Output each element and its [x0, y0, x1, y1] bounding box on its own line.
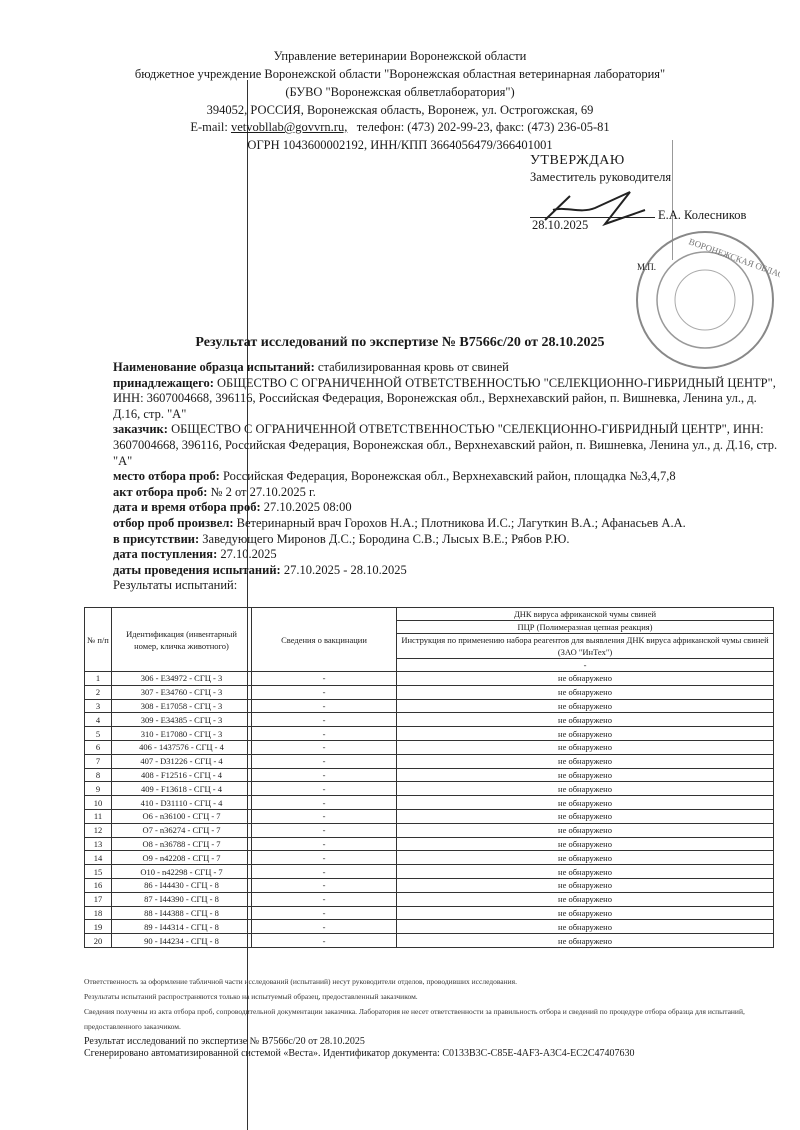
cell-n: 19	[85, 920, 112, 934]
cell-vac: -	[252, 865, 397, 879]
table-row: 1306 - E34972 - СГЦ - 3-не обнаружено	[85, 672, 774, 686]
cell-vac: -	[252, 934, 397, 948]
cell-vac: -	[252, 906, 397, 920]
cell-n: 14	[85, 851, 112, 865]
table-row: 12O7 - n36274 - СГЦ - 7-не обнаружено	[85, 823, 774, 837]
info-line: даты проведения испытаний: 27.10.2025 - …	[113, 563, 783, 579]
cell-vac: -	[252, 892, 397, 906]
table-row: 13O8 - n36788 - СГЦ - 7-не обнаружено	[85, 837, 774, 851]
org-parent: Управление ветеринарии Воронежской облас…	[0, 47, 800, 65]
cell-id: 307 - E34760 - СГЦ - 3	[112, 685, 252, 699]
cell-vac: -	[252, 796, 397, 810]
info-value: Ветеринарный врач Горохов Н.А.; Плотнико…	[234, 516, 686, 530]
cell-id: 408 - F12516 - СГЦ - 4	[112, 768, 252, 782]
cell-vac: -	[252, 823, 397, 837]
cell-res: не обнаружено	[397, 823, 774, 837]
table-row: 1787 - I44390 - СГЦ - 8-не обнаружено	[85, 892, 774, 906]
table-row: 3308 - E17058 - СГЦ - 3-не обнаружено	[85, 699, 774, 713]
col-test-instruction: Инструкция по применению набора реагенто…	[397, 634, 774, 659]
cell-n: 20	[85, 934, 112, 948]
table-row: 15O10 - n42298 - СГЦ - 7-не обнаружено	[85, 865, 774, 879]
cell-vac: -	[252, 699, 397, 713]
info-label: дата и время отбора проб:	[113, 500, 261, 514]
cell-res: не обнаружено	[397, 934, 774, 948]
cell-vac: -	[252, 685, 397, 699]
cell-vac: -	[252, 754, 397, 768]
col-vaccination: Сведения о вакцинации	[252, 608, 397, 672]
col-test-name: ДНК вируса африканской чумы свиней	[397, 608, 774, 621]
org-registration: ОГРН 1043600002192, ИНН/КПП 3664056479/3…	[0, 136, 800, 154]
table-row: 1989 - I44314 - СГЦ - 8-не обнаружено	[85, 920, 774, 934]
cell-n: 15	[85, 865, 112, 879]
cell-n: 3	[85, 699, 112, 713]
cell-id: 409 - F13618 - СГЦ - 4	[112, 782, 252, 796]
cell-id: 89 - I44314 - СГЦ - 8	[112, 920, 252, 934]
col-identification: Идентификация (инвентарный номер, кличка…	[112, 608, 252, 672]
cell-res: не обнаружено	[397, 727, 774, 741]
cell-vac: -	[252, 768, 397, 782]
cell-id: 90 - I44234 - СГЦ - 8	[112, 934, 252, 948]
cell-vac: -	[252, 672, 397, 686]
table-row: 10410 - D31110 - СГЦ - 4-не обнаружено	[85, 796, 774, 810]
cell-id: 410 - D31110 - СГЦ - 4	[112, 796, 252, 810]
table-row: 1888 - I44388 - СГЦ - 8-не обнаружено	[85, 906, 774, 920]
cell-n: 8	[85, 768, 112, 782]
info-label: отбор проб произвел:	[113, 516, 234, 530]
svg-text:ВОРОНЕЖСКАЯ ОБЛАСТЬ: ВОРОНЕЖСКАЯ ОБЛАСТЬ	[688, 236, 780, 283]
cell-res: не обнаружено	[397, 782, 774, 796]
org-contacts: E-mail: vetvobllab@govvrn.ru, телефон: (…	[0, 118, 800, 136]
table-row: 14O9 - n42208 - СГЦ - 7-не обнаружено	[85, 851, 774, 865]
info-value: стабилизированная кровь от свиней	[315, 360, 509, 374]
cell-n: 6	[85, 740, 112, 754]
cell-res: не обнаружено	[397, 906, 774, 920]
cell-n: 13	[85, 837, 112, 851]
cell-vac: -	[252, 920, 397, 934]
info-line: Результаты испытаний:	[113, 578, 783, 594]
cell-id: 308 - E17058 - СГЦ - 3	[112, 699, 252, 713]
col-number: № п/п	[85, 608, 112, 672]
col-test-method: ПЦР (Полимеразная цепная реакция)	[397, 621, 774, 634]
info-value: Заведующего Миронов Д.С.; Бородина С.В.;…	[199, 532, 569, 546]
cell-n: 7	[85, 754, 112, 768]
table-row: 9409 - F13618 - СГЦ - 4-не обнаружено	[85, 782, 774, 796]
email-link[interactable]: vetvobllab@govvrn.ru,	[231, 120, 347, 134]
cell-id: 87 - I44390 - СГЦ - 8	[112, 892, 252, 906]
cell-vac: -	[252, 727, 397, 741]
cell-id: 309 - E34385 - СГЦ - 3	[112, 713, 252, 727]
table-row: 1686 - I44430 - СГЦ - 8-не обнаружено	[85, 878, 774, 892]
cell-res: не обнаружено	[397, 685, 774, 699]
scan-artifact-line	[247, 80, 248, 1130]
cell-vac: -	[252, 809, 397, 823]
info-value: Результаты испытаний:	[113, 578, 237, 592]
cell-id: 310 - E17080 - СГЦ - 3	[112, 727, 252, 741]
cell-id: O6 - n36100 - СГЦ - 7	[112, 809, 252, 823]
cell-res: не обнаружено	[397, 920, 774, 934]
footer-generated: Сгенерировано автоматизированной системо…	[84, 1048, 784, 1060]
table-row: 5310 - E17080 - СГЦ - 3-не обнаружено	[85, 727, 774, 741]
cell-res: не обнаружено	[397, 768, 774, 782]
cell-id: O7 - n36274 - СГЦ - 7	[112, 823, 252, 837]
table-row: 2307 - E34760 - СГЦ - 3-не обнаружено	[85, 685, 774, 699]
cell-n: 16	[85, 878, 112, 892]
info-value: 27.10.2025 08:00	[261, 500, 352, 514]
cell-id: 88 - I44388 - СГЦ - 8	[112, 906, 252, 920]
note-source: Сведения получены из акта отбора проб, с…	[84, 1004, 784, 1034]
cell-n: 12	[85, 823, 112, 837]
cell-res: не обнаружено	[397, 672, 774, 686]
cell-n: 17	[85, 892, 112, 906]
info-label: дата поступления:	[113, 547, 217, 561]
org-name: бюджетное учреждение Воронежской области…	[0, 65, 800, 83]
official-stamp-icon: ВОРОНЕЖСКАЯ ОБЛАСТЬ	[630, 225, 780, 375]
info-label: в присутствии:	[113, 532, 199, 546]
cell-res: не обнаружено	[397, 878, 774, 892]
results-table: № п/п Идентификация (инвентарный номер, …	[84, 607, 774, 948]
footer-notes: Ответственность за оформление табличной …	[84, 974, 784, 1034]
footer-meta: Результат исследований по экспертизе № В…	[84, 1036, 784, 1060]
cell-res: не обнаружено	[397, 851, 774, 865]
cell-n: 5	[85, 727, 112, 741]
cell-n: 1	[85, 672, 112, 686]
cell-vac: -	[252, 713, 397, 727]
cell-n: 2	[85, 685, 112, 699]
cell-vac: -	[252, 837, 397, 851]
cell-res: не обнаружено	[397, 892, 774, 906]
info-line: принадлежащего: ОБЩЕСТВО С ОГРАНИЧЕННОЙ …	[113, 376, 783, 423]
approval-position: Заместитель руководителя	[530, 169, 671, 186]
info-label: акт отбора проб:	[113, 485, 207, 499]
info-value: ОБЩЕСТВО С ОГРАНИЧЕННОЙ ОТВЕТСТВЕННОСТЬЮ…	[113, 422, 777, 467]
cell-res: не обнаружено	[397, 796, 774, 810]
cell-id: 406 - 1437576 - СГЦ - 4	[112, 740, 252, 754]
cell-id: 306 - E34972 - СГЦ - 3	[112, 672, 252, 686]
cell-id: 86 - I44430 - СГЦ - 8	[112, 878, 252, 892]
cell-id: O8 - n36788 - СГЦ - 7	[112, 837, 252, 851]
cell-vac: -	[252, 851, 397, 865]
info-value: № 2 от 27.10.2025 г.	[207, 485, 315, 499]
cell-res: не обнаружено	[397, 809, 774, 823]
col-test-units: -	[397, 659, 774, 672]
cell-n: 11	[85, 809, 112, 823]
cell-id: 407 - D31226 - СГЦ - 4	[112, 754, 252, 768]
info-label: место отбора проб:	[113, 469, 220, 483]
cell-res: не обнаружено	[397, 699, 774, 713]
info-line: дата и время отбора проб: 27.10.2025 08:…	[113, 500, 783, 516]
info-line: отбор проб произвел: Ветеринарный врач Г…	[113, 516, 783, 532]
cell-res: не обнаружено	[397, 740, 774, 754]
cell-res: не обнаружено	[397, 865, 774, 879]
info-value: 27.10.2025 - 28.10.2025	[281, 563, 407, 577]
sample-info: Наименование образца испытаний: стабилиз…	[113, 360, 783, 594]
cell-n: 9	[85, 782, 112, 796]
info-line: Наименование образца испытаний: стабилиз…	[113, 360, 783, 376]
info-label: Наименование образца испытаний:	[113, 360, 315, 374]
cell-n: 4	[85, 713, 112, 727]
note-scope: Результаты испытаний распространяются то…	[84, 989, 784, 1004]
info-label: принадлежащего:	[113, 376, 214, 390]
info-line: дата поступления: 27.10.2025	[113, 547, 783, 563]
cell-res: не обнаружено	[397, 713, 774, 727]
org-short-name: (БУВО "Воронежская облветлаборатория")	[0, 83, 800, 101]
cell-n: 10	[85, 796, 112, 810]
document-title: Результат исследований по экспертизе № В…	[0, 335, 800, 351]
table-row: 2090 - I44234 - СГЦ - 8-не обнаружено	[85, 934, 774, 948]
cell-res: не обнаружено	[397, 754, 774, 768]
approval-title: УТВЕРЖДАЮ	[530, 152, 671, 169]
table-row: 8408 - F12516 - СГЦ - 4-не обнаружено	[85, 768, 774, 782]
table-row: 4309 - E34385 - СГЦ - 3-не обнаружено	[85, 713, 774, 727]
email-label: E-mail:	[190, 120, 228, 134]
info-line: заказчик: ОБЩЕСТВО С ОГРАНИЧЕННОЙ ОТВЕТС…	[113, 422, 783, 469]
cell-vac: -	[252, 878, 397, 892]
info-line: акт отбора проб: № 2 от 27.10.2025 г.	[113, 485, 783, 501]
phones: телефон: (473) 202-99-23, факс: (473) 23…	[357, 120, 610, 134]
org-address: 394052, РОССИЯ, Воронежская область, Вор…	[0, 101, 800, 119]
cell-n: 18	[85, 906, 112, 920]
table-row: 7407 - D31226 - СГЦ - 4-не обнаружено	[85, 754, 774, 768]
approval-block: УТВЕРЖДАЮ Заместитель руководителя	[530, 152, 671, 186]
info-label: даты проведения испытаний:	[113, 563, 281, 577]
signatory-name: Е.А. Колесников	[658, 208, 746, 223]
info-value: Российская Федерация, Воронежская обл., …	[220, 469, 676, 483]
cell-res: не обнаружено	[397, 837, 774, 851]
cell-id: O9 - n42208 - СГЦ - 7	[112, 851, 252, 865]
approval-date: 28.10.2025	[532, 218, 588, 233]
cell-vac: -	[252, 782, 397, 796]
cell-id: O10 - n42298 - СГЦ - 7	[112, 865, 252, 879]
cell-vac: -	[252, 740, 397, 754]
info-label: заказчик:	[113, 422, 168, 436]
info-line: в присутствии: Заведующего Миронов Д.С.;…	[113, 532, 783, 548]
table-row: 11O6 - n36100 - СГЦ - 7-не обнаружено	[85, 809, 774, 823]
info-line: место отбора проб: Российская Федерация,…	[113, 469, 783, 485]
table-row: 6406 - 1437576 - СГЦ - 4-не обнаружено	[85, 740, 774, 754]
note-responsibility: Ответственность за оформление табличной …	[84, 974, 784, 989]
footer-reference: Результат исследований по экспертизе № В…	[84, 1036, 784, 1048]
info-value: 27.10.2025	[217, 547, 276, 561]
stamp-place-label: М.П.	[637, 262, 656, 272]
